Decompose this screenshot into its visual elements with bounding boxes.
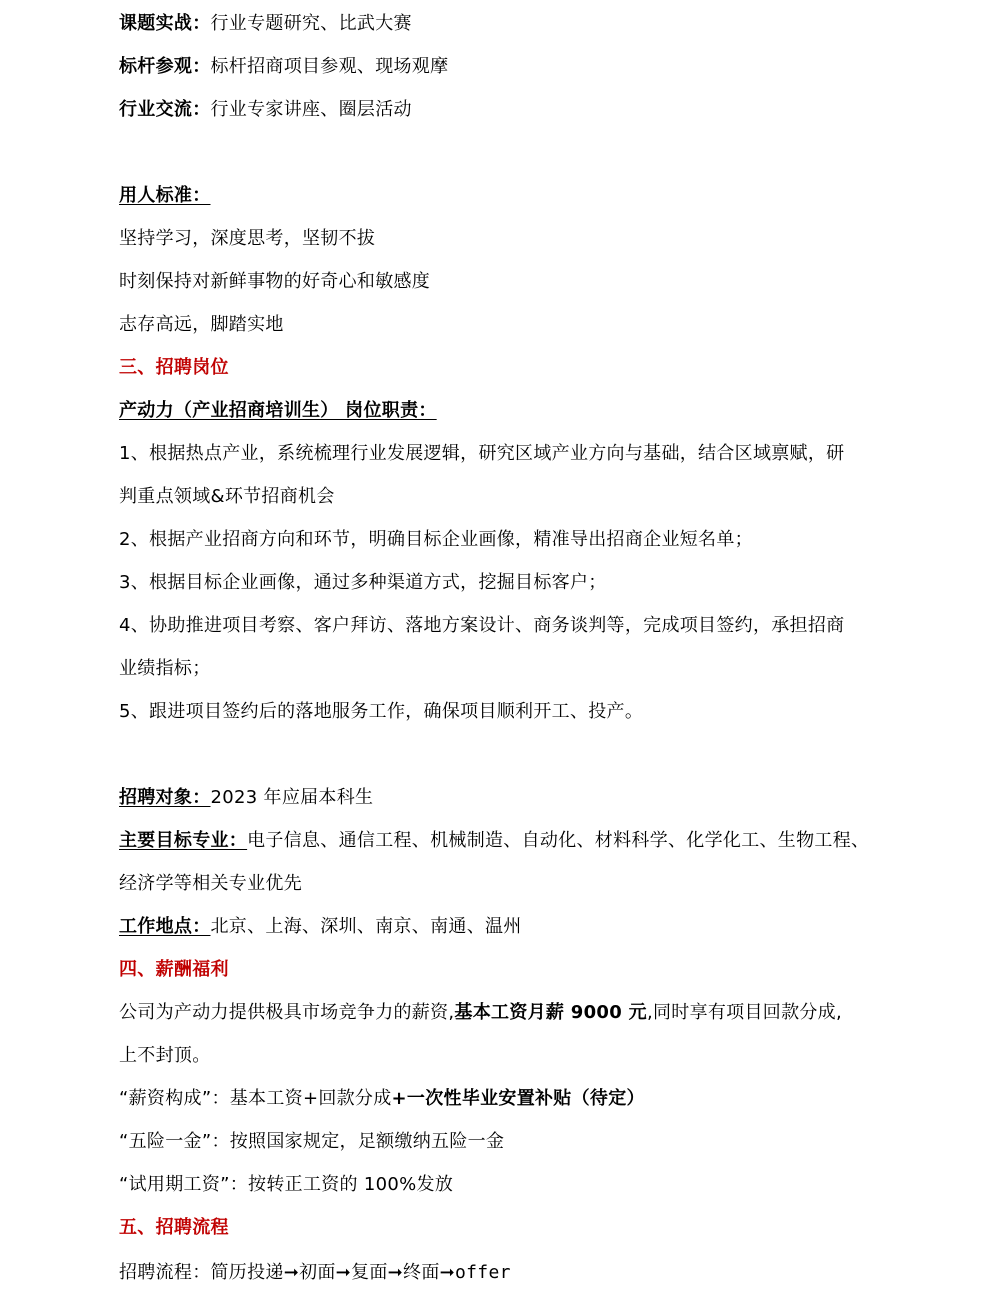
duty-line: 1、根据热点产业，系统梳理行业发展逻辑，研究区域产业方向与基础，结合区域禀赋，研 [119,442,844,466]
duty-line: 判重点领域&环节招商机会 [119,485,335,509]
section-title-compensation: 四、薪酬福利 [119,958,229,982]
duty-line: 4、协助推进项目考察、客户拜访、落地方案设计、商务谈判等，完成项目签约，承担招商 [119,614,844,638]
standards-heading: 用人标准： [119,184,211,208]
duty-line: 5、跟进项目签约后的落地服务工作，确保项目顺利开工、投产。 [119,700,643,724]
standard-item: 坚持学习，深度思考，坚韧不拔 [119,227,375,251]
section-title-process: 五、招聘流程 [119,1216,229,1240]
intro-item-challenge: 课题实战：行业专题研究、比武大赛 [119,12,412,36]
position-duties-heading: 产动力（产业招商培训生） 岗位职责： [119,399,437,423]
duty-line: 2、根据产业招商方向和环节，明确目标企业画像，精准导出招商企业短名单； [119,528,753,552]
recruit-target: 招聘对象：2023 年应届本科生 [119,786,373,810]
recruit-process: 招聘流程：简历投递➞初面➞复面➞终面➞offer [119,1261,511,1285]
insurance-info: “五险一金”：按照国家规定，足额缴纳五险一金 [119,1130,504,1154]
duty-line: 业绩指标； [119,657,211,681]
probation-salary: “试用期工资”：按转正工资的 100%发放 [119,1173,453,1197]
target-majors-cont: 经济学等相关专业优先 [119,872,302,896]
intro-item-exchange: 行业交流：行业专家讲座、圈层活动 [119,98,412,122]
section-title-positions: 三、招聘岗位 [119,356,229,380]
duty-line: 3、根据目标企业画像，通过多种渠道方式，挖掘目标客户； [119,571,607,595]
target-majors: 主要目标专业：电子信息、通信工程、机械制造、自动化、材料科学、化学化工、生物工程… [119,829,869,853]
salary-structure: “薪资构成”：基本工资+回款分成+一次性毕业安置补贴（待定） [119,1087,645,1111]
work-location: 工作地点：北京、上海、深圳、南京、南通、温州 [119,915,522,939]
standard-item: 志存高远，脚踏实地 [119,313,284,337]
intro-item-benchmark: 标杆参观：标杆招商项目参观、现场观摩 [119,55,448,79]
standard-item: 时刻保持对新鲜事物的好奇心和敏感度 [119,270,430,294]
compensation-paragraph-cont: 上不封顶。 [119,1044,211,1068]
compensation-paragraph: 公司为产动力提供极具市场竞争力的薪资,基本工资月薪 9000 元,同时享有项目回… [119,1001,842,1025]
